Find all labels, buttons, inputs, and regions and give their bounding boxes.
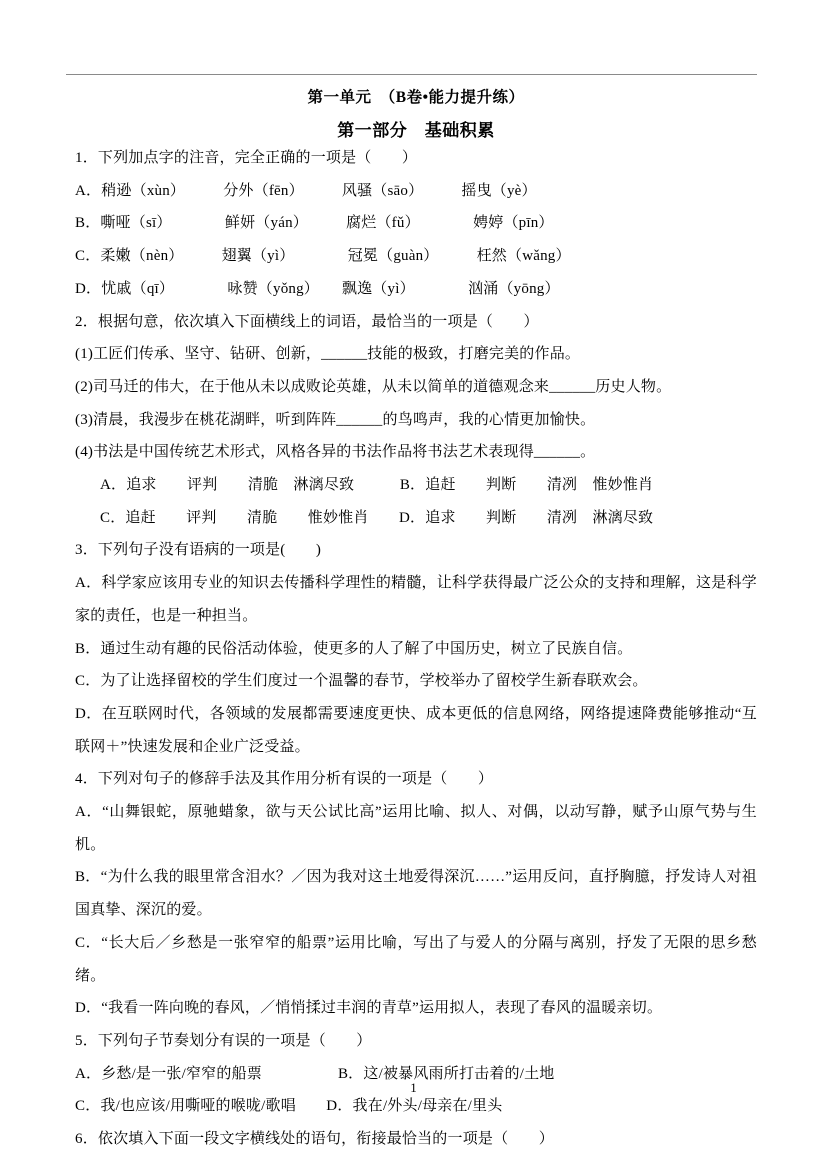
question-1-option-a: A．稍逊（xùn） 分外（fēn） 风骚（sāo） 摇曳（yè）	[75, 175, 757, 208]
question-4-stem: 4．下列对句子的修辞手法及其作用分析有误的一项是（ ）	[75, 763, 757, 796]
question-6-stem: 6．依次填入下面一段文字横线处的语句，衔接最恰当的一项是（ ）	[75, 1123, 757, 1156]
question-1-stem: 1．下列加点字的注音，完全正确的一项是（ ）	[75, 142, 757, 175]
question-4-option-d: D．“我看一阵向晚的春风，／悄悄揉过丰润的青草”运用拟人，表现了春风的温暖亲切。	[75, 992, 757, 1025]
question-2-subitem-3: (3)清晨，我漫步在桃花湖畔，听到阵阵______的鸟鸣声，我的心情更加愉快。	[75, 404, 757, 437]
question-2-subitem-4: (4)书法是中国传统艺术形式，风格各异的书法作品将书法艺术表现得______。	[75, 436, 757, 469]
exam-page: 第一单元 （B卷•能力提升练） 第一部分 基础积累 1．下列加点字的注音，完全正…	[0, 0, 827, 1169]
question-2-options-row-cd: C．追赶 评判 清脆 惟妙惟肖 D．追求 判断 清冽 淋漓尽致	[75, 502, 757, 535]
question-list: 1．下列加点字的注音，完全正确的一项是（ ） A．稍逊（xùn） 分外（fēn）…	[75, 142, 757, 1156]
header-rule	[66, 74, 757, 75]
question-4-option-a: A．“山舞银蛇，原驰蜡象，欲与天公试比高”运用比喻、拟人、对偶，以动写静，赋予山…	[75, 796, 757, 861]
question-2-stem: 2．根据句意，依次填入下面横线上的词语，最恰当的一项是（ ）	[75, 306, 757, 339]
page-body: 第一单元 （B卷•能力提升练） 第一部分 基础积累 1．下列加点字的注音，完全正…	[0, 0, 827, 1156]
question-2-subitem-1: (1)工匠们传承、坚守、钻研、创新，______技能的极致，打磨完美的作品。	[75, 338, 757, 371]
question-3-option-b: B．通过生动有趣的民俗活动体验，使更多的人了解了中国历史，树立了民族自信。	[75, 633, 757, 666]
page-number: 1	[0, 1080, 827, 1096]
document-title: 第一单元 （B卷•能力提升练）	[75, 88, 757, 108]
question-3-stem: 3．下列句子没有语病的一项是( )	[75, 534, 757, 567]
section-title: 第一部分 基础积累	[75, 120, 757, 142]
question-3-option-a: A．科学家应该用专业的知识去传播科学理性的精髓，让科学获得最广泛公众的支持和理解…	[75, 567, 757, 632]
question-5-stem: 5．下列句子节奏划分有误的一项是（ ）	[75, 1025, 757, 1058]
question-3-option-d: D．在互联网时代，各领域的发展都需要速度更快、成本更低的信息网络，网络提速降费能…	[75, 698, 757, 763]
question-1-option-c: C．柔嫩（nèn） 翅翼（yì） 冠冕（guàn） 枉然（wǎng）	[75, 240, 757, 273]
question-1-option-b: B．嘶哑（sī） 鲜妍（yán） 腐烂（fǔ） 娉婷（pīn）	[75, 207, 757, 240]
question-2-options-row-ab: A．追求 评判 清脆 淋漓尽致 B．追赶 判断 清冽 惟妙惟肖	[75, 469, 757, 502]
question-3-option-c: C．为了让选择留校的学生们度过一个温馨的春节，学校举办了留校学生新春联欢会。	[75, 665, 757, 698]
question-4-option-b: B．“为什么我的眼里常含泪水？／因为我对这土地爱得深沉……”运用反问，直抒胸臆，…	[75, 861, 757, 926]
question-1-option-d: D．忧戚（qī） 咏赞（yǒng） 飘逸（yì） 汹涌（yōng）	[75, 273, 757, 306]
question-4-option-c: C．“长大后／乡愁是一张窄窄的船票”运用比喻，写出了与爱人的分隔与离别，抒发了无…	[75, 927, 757, 992]
question-2-subitem-2: (2)司马迁的伟大，在于他从未以成败论英雄，从未以简单的道德观念来______历…	[75, 371, 757, 404]
